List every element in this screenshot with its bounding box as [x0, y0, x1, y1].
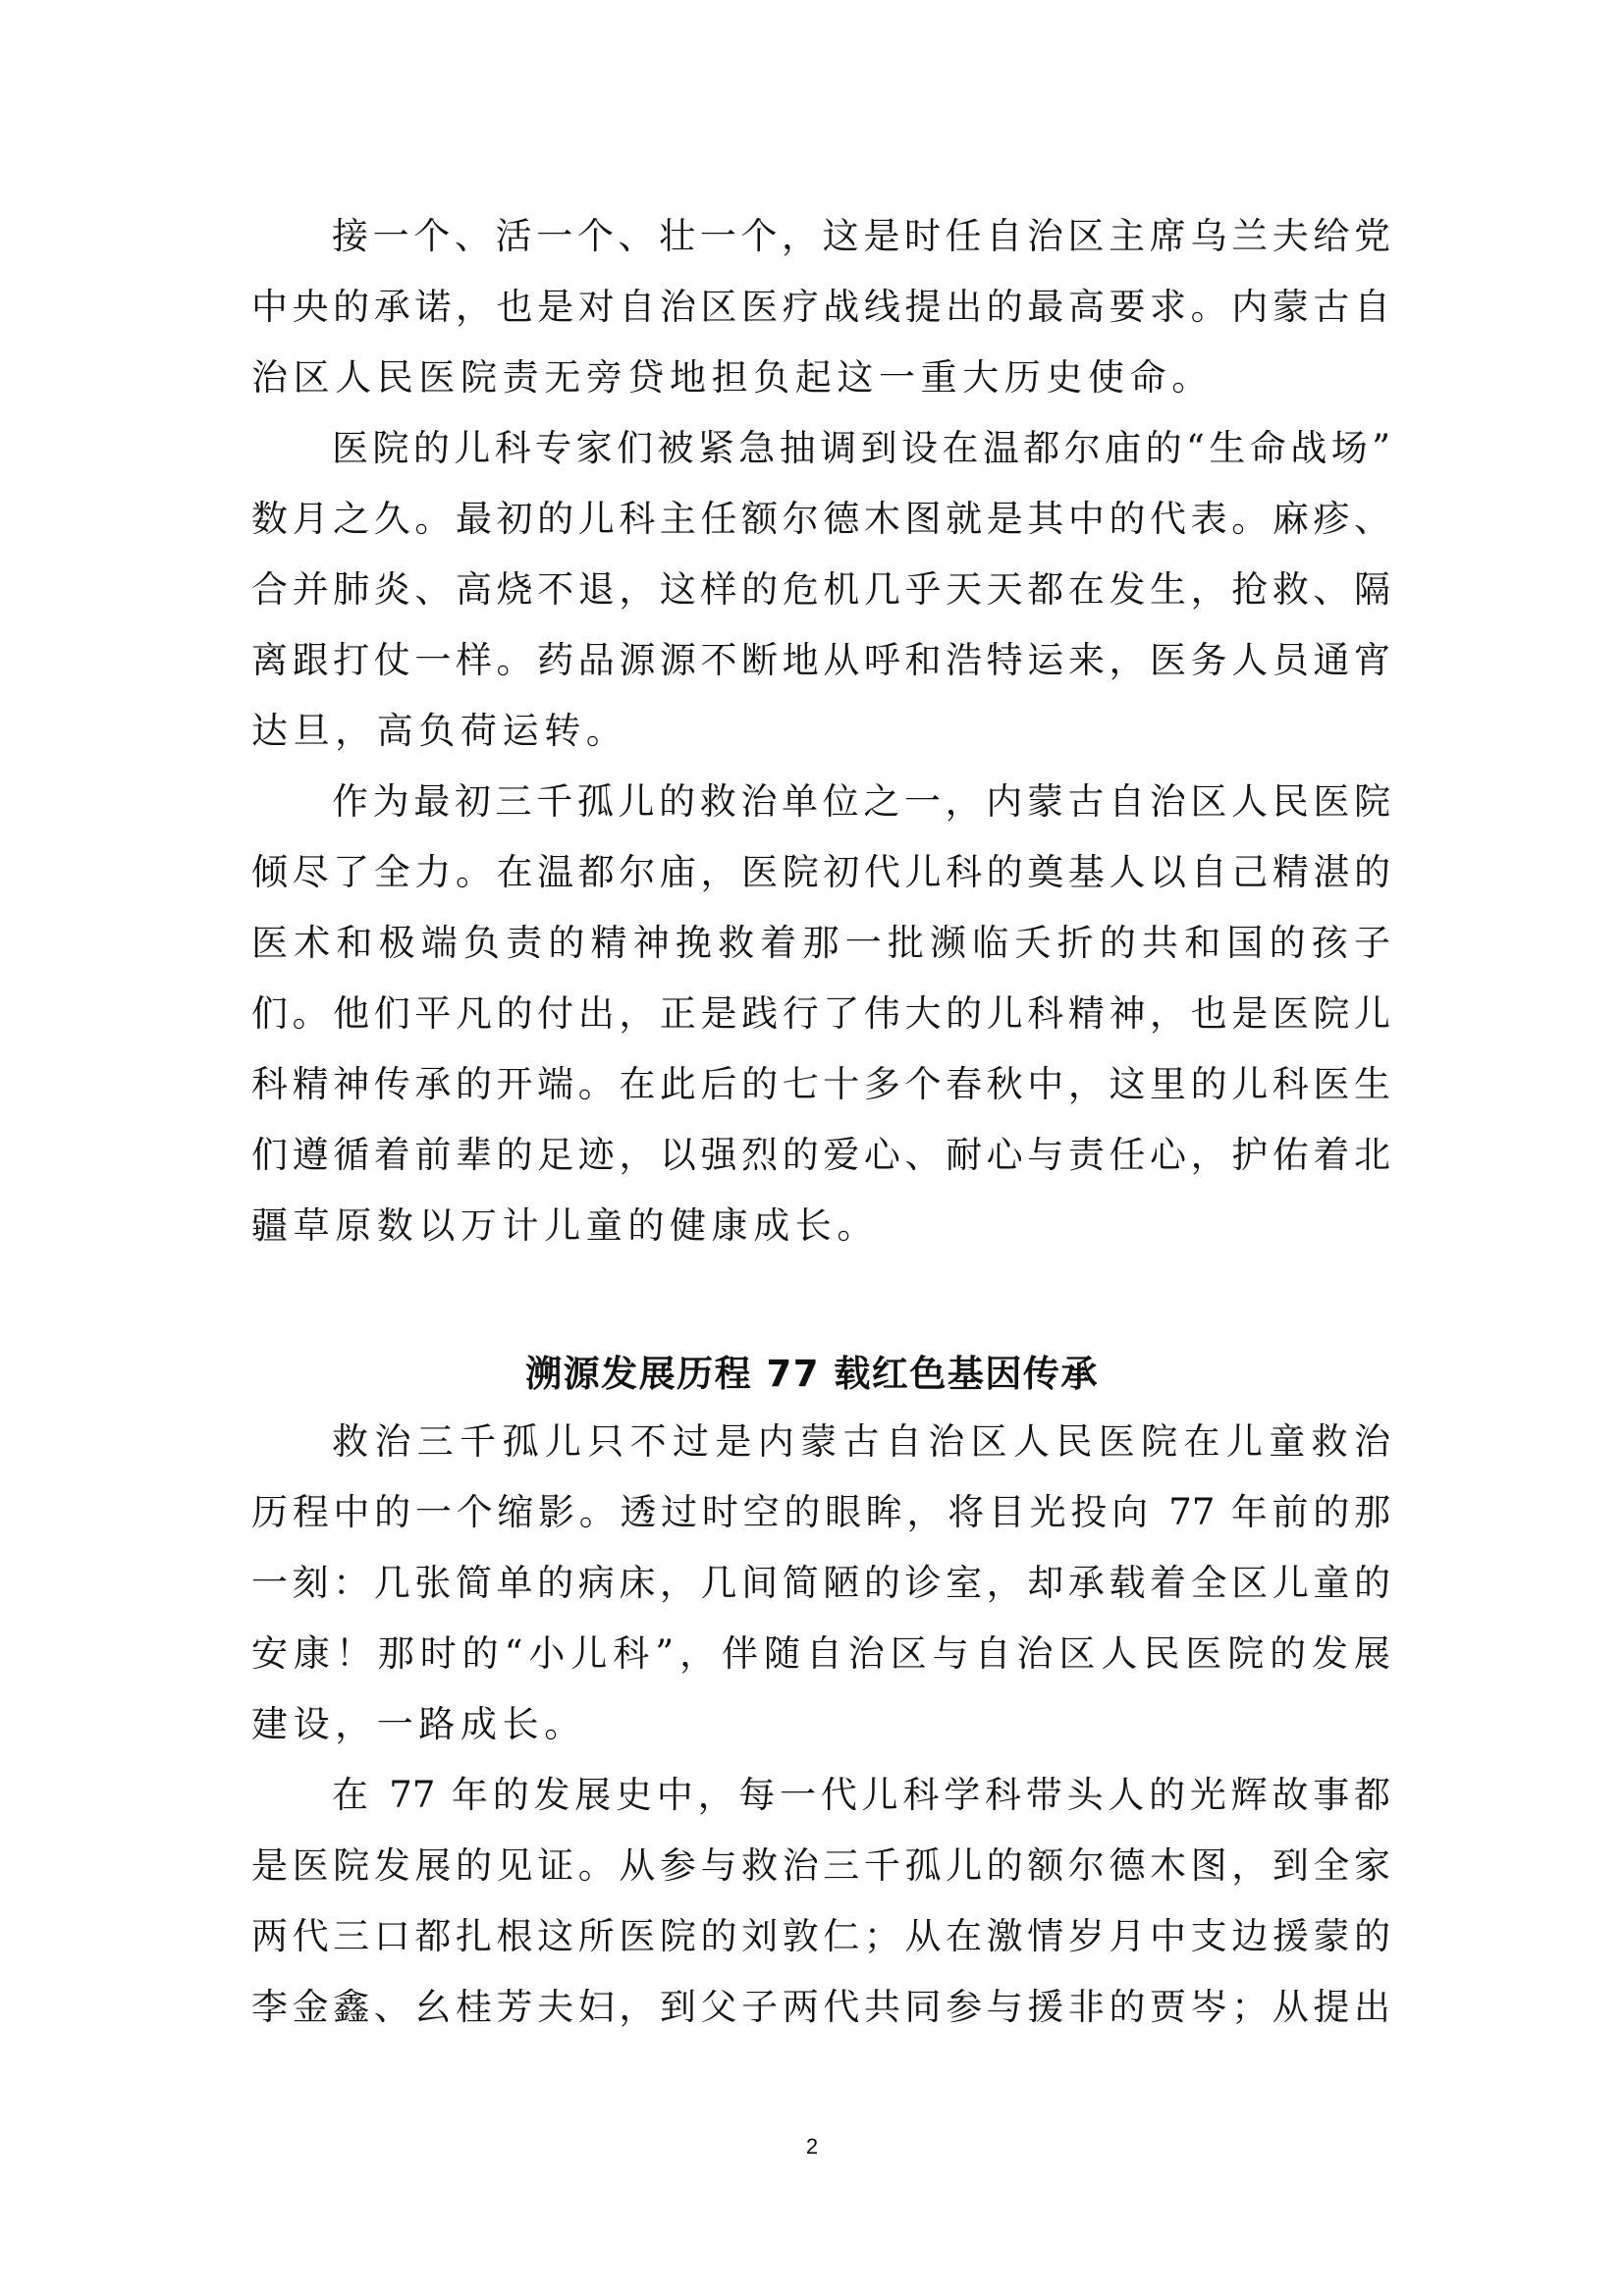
paragraph: 作为最初三千孤儿的救治单位之一，内蒙古自治区人民医院 倾尽了全力。在温都尔庙，医…: [251, 767, 1390, 1261]
document-page: 接一个、活一个、壮一个，这是时任自治区主席乌兰夫给党 中央的承诺，也是对自治区医…: [0, 0, 1624, 2296]
text-line: 疆草原数以万计儿童的健康成长。: [251, 1191, 1390, 1261]
text-line: 们。他们平凡的付出，正是践行了伟大的儿科精神，也是医院儿: [251, 979, 1390, 1049]
text-line: 治区人民医院责无旁贷地担负起这一重大历史使命。: [251, 343, 1390, 413]
text-line: 作为最初三千孤儿的救治单位之一，内蒙古自治区人民医院: [251, 767, 1390, 837]
paragraph: 救治三千孤儿只不过是内蒙古自治区人民医院在儿童救治 历程中的一个缩影。透过时空的…: [251, 1407, 1390, 1760]
text-line: 倾尽了全力。在温都尔庙，医院初代儿科的奠基人以自己精湛的: [251, 837, 1390, 908]
text-line: 两代三口都扎根这所医院的刘敦仁；从在激情岁月中支边援蒙的: [251, 1901, 1390, 1972]
section-2: 救治三千孤儿只不过是内蒙古自治区人民医院在儿童救治 历程中的一个缩影。透过时空的…: [251, 1407, 1390, 2043]
text-line: 安康！那时的“小儿科”，伴随自治区与自治区人民医院的发展: [251, 1619, 1390, 1689]
text-line: 建设，一路成长。: [251, 1689, 1390, 1760]
text-line: 李金鑫、幺桂芳夫妇，到父子两代共同参与援非的贾岑；从提出: [251, 1972, 1390, 2043]
section-heading: 溯源发展历程 77 载红色基因传承: [0, 1339, 1624, 1410]
text-line: 医术和极端负责的精神挽救着那一批濒临夭折的共和国的孩子: [251, 908, 1390, 979]
text-line: 数月之久。最初的儿科主任额尔德木图就是其中的代表。麻疹、: [251, 484, 1390, 555]
text-line: 接一个、活一个、壮一个，这是时任自治区主席乌兰夫给党: [251, 201, 1390, 272]
text-line: 医院的儿科专家们被紧急抽调到设在温都尔庙的“生命战场”: [251, 413, 1390, 484]
text-line: 一刻：几张简单的病床，几间简陋的诊室，却承载着全区儿童的: [251, 1548, 1390, 1619]
text-line: 合并肺炎、高烧不退，这样的危机几乎天天都在发生，抢救、隔: [251, 555, 1390, 625]
text-line: 科精神传承的开端。在此后的七十多个春秋中，这里的儿科医生: [251, 1049, 1390, 1120]
text-line: 们遵循着前辈的足迹，以强烈的爱心、耐心与责任心，护佑着北: [251, 1120, 1390, 1191]
page-number: 2: [0, 2132, 1624, 2162]
paragraph: 接一个、活一个、壮一个，这是时任自治区主席乌兰夫给党 中央的承诺，也是对自治区医…: [251, 201, 1390, 413]
text-line: 中央的承诺，也是对自治区医疗战线提出的最高要求。内蒙古自: [251, 272, 1390, 343]
paragraph: 医院的儿科专家们被紧急抽调到设在温都尔庙的“生命战场” 数月之久。最初的儿科主任…: [251, 413, 1390, 767]
text-line: 是医院发展的见证。从参与救治三千孤儿的额尔德木图，到全家: [251, 1831, 1390, 1901]
text-line: 救治三千孤儿只不过是内蒙古自治区人民医院在儿童救治: [251, 1407, 1390, 1477]
text-line: 历程中的一个缩影。透过时空的眼眸，将目光投向 77 年前的那: [251, 1477, 1390, 1548]
text-line: 达旦，高负荷运转。: [251, 696, 1390, 767]
paragraph: 在 77 年的发展史中，每一代儿科学科带头人的光辉故事都 是医院发展的见证。从参…: [251, 1760, 1390, 2043]
text-line: 在 77 年的发展史中，每一代儿科学科带头人的光辉故事都: [251, 1760, 1390, 1831]
text-line: 离跟打仗一样。药品源源不断地从呼和浩特运来，医务人员通宵: [251, 625, 1390, 696]
section-1: 接一个、活一个、壮一个，这是时任自治区主席乌兰夫给党 中央的承诺，也是对自治区医…: [251, 201, 1390, 1261]
